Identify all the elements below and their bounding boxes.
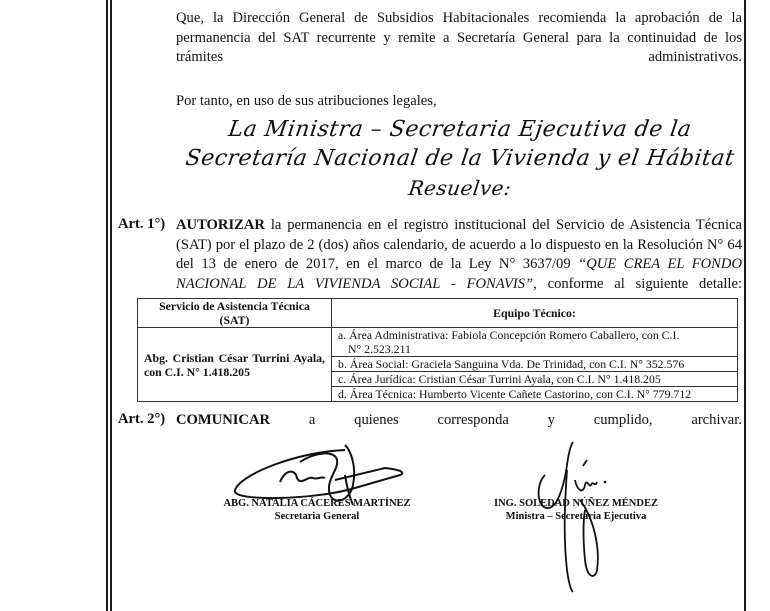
table-row: Abg. Cristian César Turrini Ayala, con C… xyxy=(138,328,738,357)
team-member-a-ci: N° 2.523.211 xyxy=(338,342,731,356)
signature-block-secretaria-general: ABG. NATALIA CÁCERES MARTÍNEZ Secretaria… xyxy=(212,498,422,523)
article-2-label: Art. 2°) xyxy=(118,411,165,428)
heading-script-resuelve: Resuelve: xyxy=(178,176,741,200)
signatory-title: Secretaria General xyxy=(212,511,422,524)
team-member-a: a. Área Administrativa: Fabiola Concepci… xyxy=(332,328,738,357)
signature-block-ministra: ING. SOLEDAD NÚÑEZ MÉNDEZ Ministra – Sec… xyxy=(478,498,674,523)
team-member-d: d. Área Técnica: Humberto Vicente Cañete… xyxy=(332,387,738,402)
article-2-text: a quienes corresponda y cumplido, archiv… xyxy=(270,412,742,428)
table-header-row: Servicio de Asistencia Técnica (SAT) Equ… xyxy=(138,299,738,328)
por-tanto-paragraph: Por tanto, en uso de sus atribuciones le… xyxy=(176,92,742,112)
article-1-label: Art. 1°) xyxy=(118,216,165,233)
team-member-b: b. Área Social: Graciela Sanguina Vda. D… xyxy=(332,357,738,372)
article-1-verb: AUTORIZAR xyxy=(176,217,265,233)
header-team: Equipo Técnico: xyxy=(332,299,738,328)
article-2-verb: COMUNICAR xyxy=(176,412,270,428)
signatory-title: Ministra – Secretaria Ejecutiva xyxy=(478,511,674,524)
team-member-c: c. Área Jurídica: Cristian César Turrini… xyxy=(332,372,738,387)
signatory-name: ABG. NATALIA CÁCERES MARTÍNEZ xyxy=(212,498,422,511)
signatory-name: ING. SOLEDAD NÚÑEZ MÉNDEZ xyxy=(478,498,674,511)
sat-provider-cell: Abg. Cristian César Turrini Ayala, con C… xyxy=(138,328,332,402)
sat-table: Servicio de Asistencia Técnica (SAT) Equ… xyxy=(137,298,738,402)
heading-script-line-1: La Ministra – Secretaria Ejecutiva de la xyxy=(178,117,742,142)
page-border-left-inner xyxy=(110,0,112,611)
recital-paragraph: Que, la Dirección General de Subsidios H… xyxy=(176,9,742,87)
heading-script-line-2: Secretaría Nacional de la Vivienda y el … xyxy=(178,146,742,171)
header-sat: Servicio de Asistencia Técnica (SAT) xyxy=(138,299,332,328)
article-1-text-end: , conforme al siguiente detalle: xyxy=(533,276,742,292)
team-member-a-text: a. Área Administrativa: Fabiola Concepci… xyxy=(338,328,679,342)
page-border-right xyxy=(744,0,746,611)
page-border-left-outer xyxy=(106,0,108,611)
